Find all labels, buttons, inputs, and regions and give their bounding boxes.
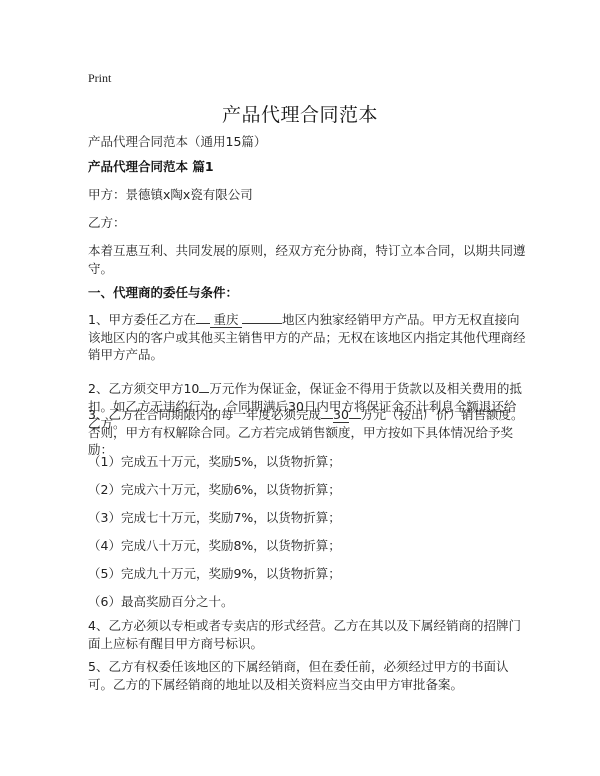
reward-item: （5）完成九十万元，奖励9%，以货物折算； [88, 565, 528, 583]
reward-item: （4）完成八十万元，奖励8%，以货物折算； [88, 537, 528, 555]
clause-1: 1、甲方委任乙方在重庆地区内独家经销甲方产品。甲方无权直接向该地区内的客户或其他… [88, 311, 528, 364]
document-subtitle: 产品代理合同范本（通用15篇） [88, 133, 528, 151]
reward-item: （6）最高奖励百分之十。 [88, 593, 528, 611]
party-a: 甲方：景德镇x陶x瓷有限公司 [88, 186, 528, 204]
reward-item: （3）完成七十万元，奖励7%，以货物折算； [88, 509, 528, 527]
party-b: 乙方： [88, 214, 528, 232]
clause-3-prefix: 3、乙方在合同期限内的每一年度必须完成 [88, 407, 321, 422]
clause-4: 4、乙方必须以专柜或者专卖店的形式经营。乙方在其以及下属经销商的招牌门面上应标有… [88, 617, 528, 652]
clause-1-region: 重庆 [210, 313, 242, 328]
clause-1-prefix: 1、甲方委任乙方在 [88, 312, 196, 327]
document-title: 产品代理合同范本 [0, 100, 600, 127]
section-heading: 产品代理合同范本 篇1 [88, 158, 528, 176]
reward-item: （2）完成六十万元，奖励6%，以货物折算； [88, 481, 528, 499]
clause-5: 5、乙方有权委任该地区的下属经销商，但在委任前，必须经过甲方的书面认可。乙方的下… [88, 658, 528, 693]
reward-item: （1）完成五十万元，奖励5%，以货物折算； [88, 453, 528, 471]
clause-3: 3、乙方在合同期限内的每一年度必须完成30万元（按出厂价）销售额度。否则，甲方有… [88, 406, 528, 459]
clause-heading-1: 一、代理商的委任与条件： [88, 284, 528, 302]
preamble: 本着互惠互利、共同发展的原则，经双方充分协商，特订立本合同，以期共同遵守。 [88, 242, 528, 277]
clause-3-amount: 30 [333, 408, 349, 423]
print-label[interactable]: Print [88, 71, 111, 86]
clause-2-prefix: 2、乙方须交甲方10 [88, 381, 199, 396]
